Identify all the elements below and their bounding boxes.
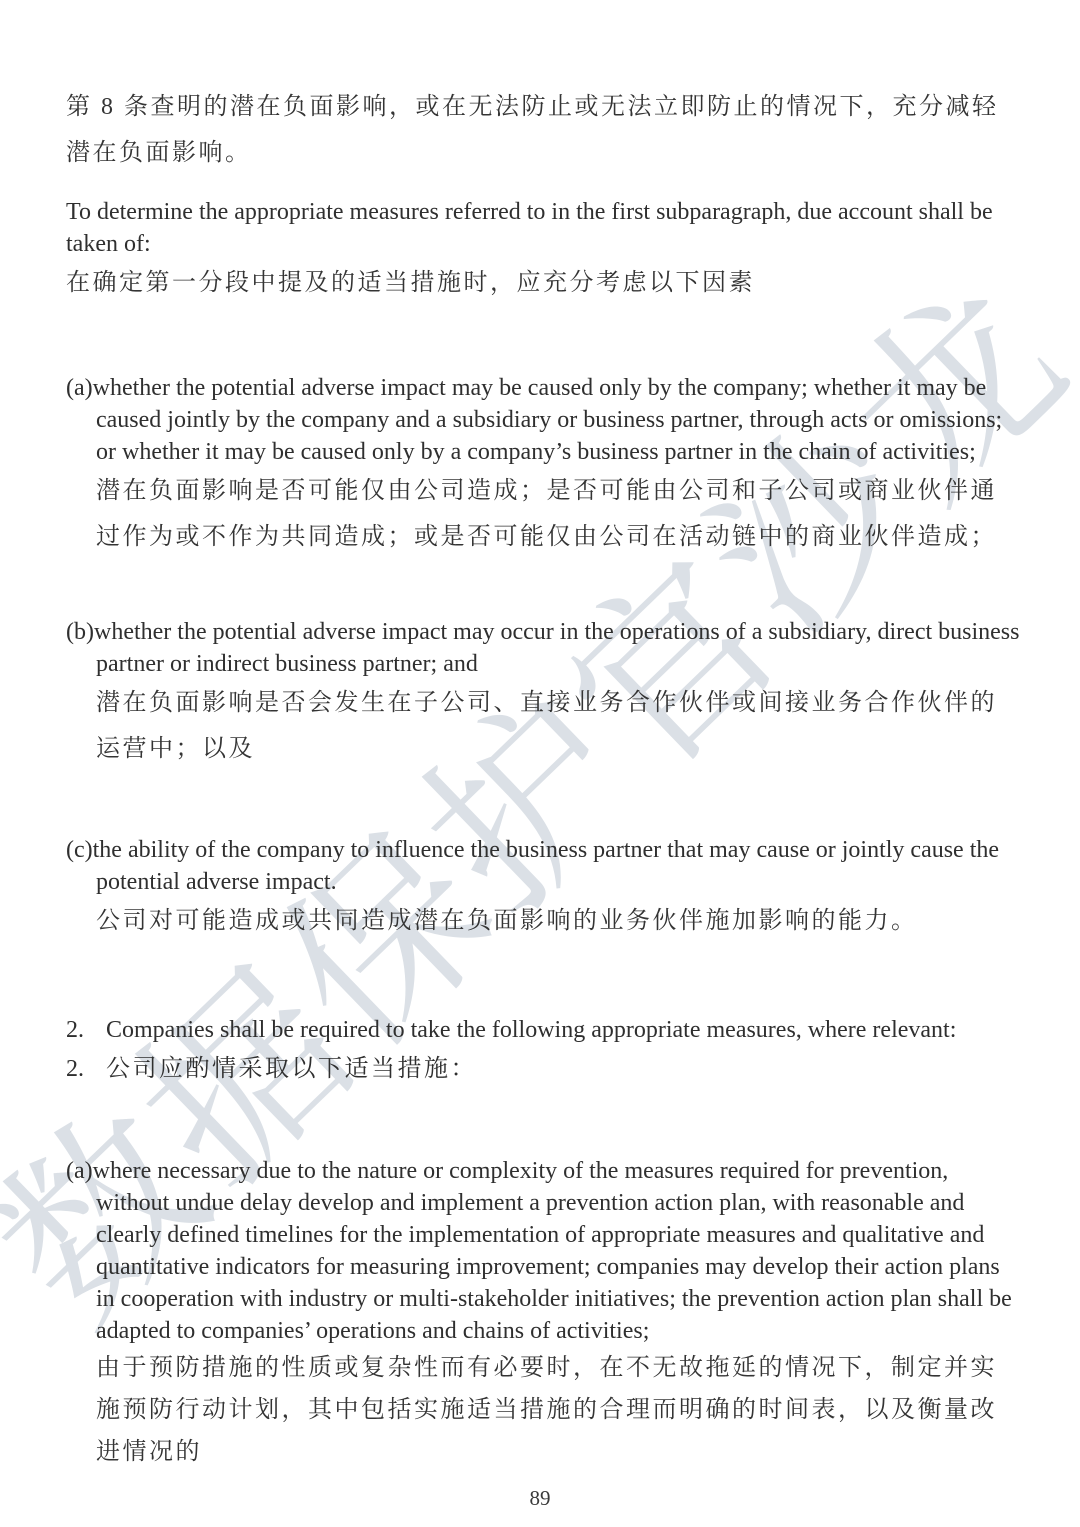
numbered-item-2-label-en: 2. <box>66 1014 106 1047</box>
list-item-2a-en: (a)where necessary due to the nature or … <box>96 1155 1020 1347</box>
list-item-1a: (a)whether the potential adverse impact … <box>66 372 1020 560</box>
list-item-1c-text-en: the ability of the company to influence … <box>93 837 999 895</box>
list-item-2a: (a)where necessary due to the nature or … <box>66 1155 1020 1473</box>
document-page: 数据保护官沙龙 第 8 条查明的潜在负面影响，或在无法防止或无法立即防止的情况下… <box>0 0 1080 1527</box>
list-item-1a-label: (a) <box>66 375 93 401</box>
numbered-item-2-zh: 2.公司应酌情采取以下适当措施： <box>66 1047 1020 1091</box>
determine-text-zh: 在确定第一分段中提及的适当措施时，应充分考虑以下因素 <box>66 260 1020 306</box>
numbered-item-2-text-en: Companies shall be required to take the … <box>106 1017 956 1043</box>
list-item-1b: (b)whether the potential adverse impact … <box>66 616 1020 772</box>
list-item-1c-label: (c) <box>66 837 93 863</box>
list-item-1c: (c)the ability of the company to influen… <box>66 834 1020 944</box>
list-item-1b-text-zh: 潜在负面影响是否会发生在子公司、直接业务合作伙伴或间接业务合作伙伴的运营中；以及 <box>96 680 1020 772</box>
determine-text-en: To determine the appropriate measures re… <box>66 196 1020 260</box>
list-item-1a-text-en: whether the potential adverse impact may… <box>93 375 1003 465</box>
list-item-1a-text-zh: 潜在负面影响是否可能仅由公司造成；是否可能由公司和子公司或商业伙伴通过作为或不作… <box>96 468 1020 560</box>
paragraph-determine: To determine the appropriate measures re… <box>66 196 1020 306</box>
numbered-item-2: 2.Companies shall be required to take th… <box>66 1014 1020 1091</box>
list-item-1a-en: (a)whether the potential adverse impact … <box>96 372 1020 468</box>
paragraph-intro-zh: 第 8 条查明的潜在负面影响，或在无法防止或无法立即防止的情况下，充分减轻潜在负… <box>66 84 1020 176</box>
list-item-2a-label: (a) <box>66 1158 93 1184</box>
numbered-item-2-text-zh: 公司应酌情采取以下适当措施： <box>106 1056 477 1082</box>
list-item-1c-text-zh: 公司对可能造成或共同造成潜在负面影响的业务伙伴施加影响的能力。 <box>96 898 1020 944</box>
list-item-1b-text-en: whether the potential adverse impact may… <box>94 619 1020 677</box>
numbered-item-2-en: 2.Companies shall be required to take th… <box>66 1014 1020 1047</box>
list-item-1b-en: (b)whether the potential adverse impact … <box>96 616 1020 680</box>
numbered-item-2-label-zh: 2. <box>66 1047 106 1091</box>
list-item-1c-en: (c)the ability of the company to influen… <box>96 834 1020 898</box>
list-item-2a-text-zh: 由于预防措施的性质或复杂性而有必要时，在不无故拖延的情况下，制定并实施预防行动计… <box>96 1347 1020 1473</box>
document-content: 第 8 条查明的潜在负面影响，或在无法防止或无法立即防止的情况下，充分减轻潜在负… <box>0 0 1080 1473</box>
list-item-1b-label: (b) <box>66 619 94 645</box>
list-item-2a-text-en: where necessary due to the nature or com… <box>93 1158 1012 1344</box>
page-number: 89 <box>0 1486 1080 1511</box>
